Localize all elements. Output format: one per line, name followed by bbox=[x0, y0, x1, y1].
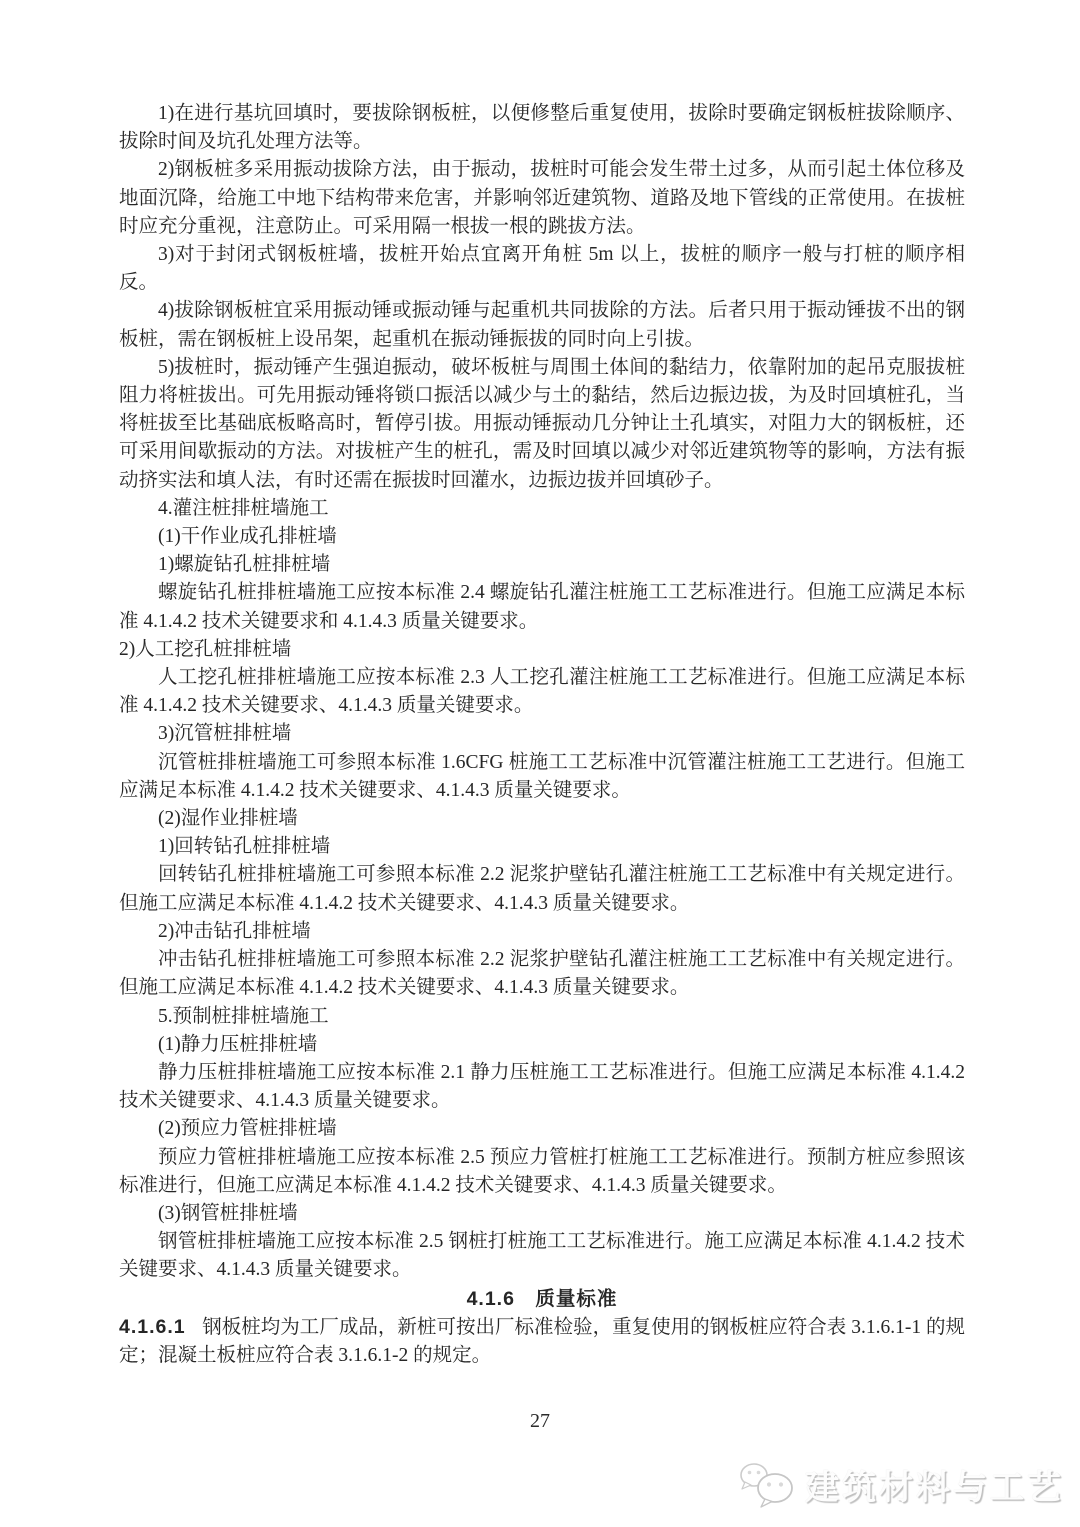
paragraph: 5.预制桩排桩墙施工 bbox=[119, 1003, 965, 1031]
paragraph: 3)对于封闭式钢板桩墙，拔桩开始点宜离开角桩 5m 以上，拔桩的顺序一般与打桩的… bbox=[119, 241, 965, 297]
paragraph: 2)人工挖孔桩排桩墙 bbox=[119, 636, 965, 664]
paragraph: 3)沉管桩排桩墙 bbox=[119, 720, 965, 748]
wechat-icon bbox=[739, 1461, 797, 1509]
paragraph: 预应力管桩排桩墙施工应按本标准 2.5 预应力管桩打桩施工工艺标准进行。预制方桩… bbox=[119, 1144, 965, 1200]
paragraph: 5)拔桩时，振动锤产生强迫振动，破坏板桩与周围土体间的黏结力，依靠附加的起吊克服… bbox=[119, 354, 965, 495]
paragraph: 回转钻孔桩排桩墙施工可参照本标准 2.2 泥浆护壁钻孔灌注桩施工工艺标准中有关规… bbox=[119, 861, 965, 917]
section-heading: 4.1.6 质量标准 bbox=[119, 1285, 965, 1313]
paragraph: 人工挖孔桩排桩墙施工应按本标准 2.3 人工挖孔灌注桩施工工艺标准进行。但施工应… bbox=[119, 664, 965, 720]
paragraph: 4)拔除钢板桩宜采用振动锤或振动锤与起重机共同拔除的方法。后者只用于振动锤拔不出… bbox=[119, 297, 965, 353]
paragraph: (2)预应力管桩排桩墙 bbox=[119, 1115, 965, 1143]
paragraph: 1)在进行基坑回填时，要拔除钢板桩，以便修整后重复使用，拔除时要确定钢板桩拔除顺… bbox=[119, 100, 965, 156]
paragraph: 4.灌注桩排桩墙施工 bbox=[119, 495, 965, 523]
paragraph: 2)冲击钻孔排桩墙 bbox=[119, 918, 965, 946]
document-body: 1)在进行基坑回填时，要拔除钢板桩，以便修整后重复使用，拔除时要确定钢板桩拔除顺… bbox=[119, 100, 965, 1370]
paragraph: (3)钢管桩排桩墙 bbox=[119, 1200, 965, 1228]
paragraph: 钢管桩排桩墙施工应按本标准 2.5 钢桩打桩施工工艺标准进行。施工应满足本标准 … bbox=[119, 1228, 965, 1284]
paragraph: 4.1.6.1钢板桩均为工厂成品，新桩可按出厂标准检验，重复使用的钢板桩应符合表… bbox=[119, 1313, 965, 1370]
paragraph: 冲击钻孔桩排桩墙施工可参照本标准 2.2 泥浆护壁钻孔灌注桩施工工艺标准中有关规… bbox=[119, 946, 965, 1002]
paragraph: 静力压桩排桩墙施工应按本标准 2.1 静力压桩施工工艺标准进行。但施工应满足本标… bbox=[119, 1059, 965, 1115]
paragraph: 沉管桩排桩墙施工可参照本标准 1.6CFG 桩施工工艺标准中沉管灌注桩施工工艺进… bbox=[119, 749, 965, 805]
page-number: 27 bbox=[0, 1410, 1080, 1433]
paragraph: 1)螺旋钻孔桩排桩墙 bbox=[119, 551, 965, 579]
watermark: 建筑材料与工艺 bbox=[739, 1460, 1064, 1509]
paragraph: 1)回转钻孔桩排桩墙 bbox=[119, 833, 965, 861]
paragraph: 2)钢板桩多采用振动拔除方法，由于振动，拔桩时可能会发生带土过多，从而引起土体位… bbox=[119, 156, 965, 241]
clause-number: 4.1.6.1 bbox=[119, 1316, 186, 1338]
paragraph: (1)干作业成孔排桩墙 bbox=[119, 523, 965, 551]
document-page: 1)在进行基坑回填时，要拔除钢板桩，以便修整后重复使用，拔除时要确定钢板桩拔除顺… bbox=[0, 0, 1080, 1527]
watermark-text: 建筑材料与工艺 bbox=[805, 1460, 1064, 1509]
paragraph: (1)静力压桩排桩墙 bbox=[119, 1031, 965, 1059]
paragraph: 螺旋钻孔桩排桩墙施工应按本标准 2.4 螺旋钻孔灌注桩施工工艺标准进行。但施工应… bbox=[119, 579, 965, 635]
paragraph: (2)湿作业排桩墙 bbox=[119, 805, 965, 833]
paragraph-text: 钢板桩均为工厂成品，新桩可按出厂标准检验，重复使用的钢板桩应符合表 3.1.6.… bbox=[119, 1317, 965, 1366]
